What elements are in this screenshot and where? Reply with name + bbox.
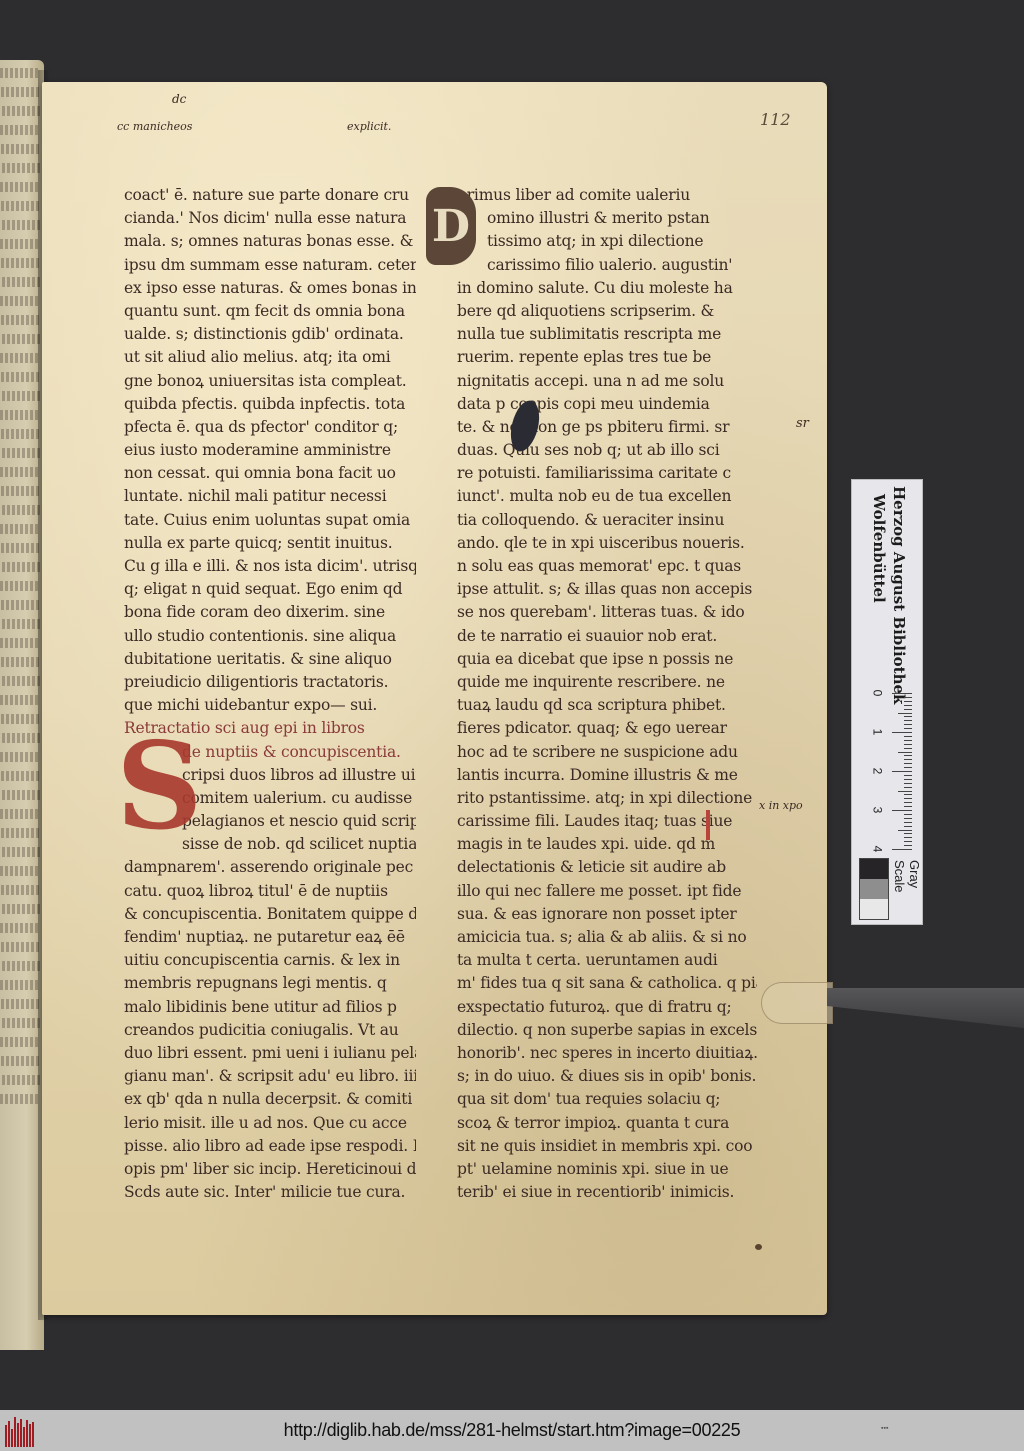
text-line: re potuisti. familiarissima caritate c bbox=[457, 462, 757, 485]
text-line: carissime fili. Laudes itaq; tuas siue bbox=[457, 810, 757, 833]
ruler-tick bbox=[904, 740, 912, 741]
text-line: fendim' nuptiaꝝ. ne putaretur eaꝝ ēē bbox=[124, 926, 416, 949]
text-line: lerio misit. ille u ad nos. Que cu acce bbox=[124, 1112, 416, 1135]
ghost-text-line bbox=[0, 1037, 40, 1047]
clamp-blade bbox=[827, 988, 1024, 1028]
text-line: s; in do uiuo. & diues sis in opib' boni… bbox=[457, 1065, 757, 1088]
ghost-text-line bbox=[1, 201, 40, 211]
gray-swatch bbox=[860, 859, 888, 879]
ghost-text-line bbox=[2, 106, 40, 116]
text-line: creandos pudicitia coniugalis. Vt au bbox=[124, 1019, 416, 1042]
text-line: duo libri essent. pmi ueni i iulianu pel… bbox=[124, 1042, 416, 1065]
ruler-number: 3 bbox=[870, 807, 884, 814]
text-line: se nos querebam'. litteras tuas. & ido bbox=[457, 601, 757, 624]
gray-scale-swatches bbox=[859, 858, 889, 920]
text-line: illo qui nec fallere me posset. ipt fide bbox=[457, 880, 757, 903]
ghost-text-line bbox=[0, 581, 40, 591]
text-line: magis in te laudes xpi. uide. qd m bbox=[457, 833, 757, 856]
text-line: coact' ē. nature sue parte donare cru bbox=[124, 184, 416, 207]
text-line: data p coepis copi meu uindemia bbox=[457, 393, 757, 416]
text-line: ruerim. repente eplas tres tue be bbox=[457, 346, 757, 369]
text-line: q; eligat n quid sequat. Ego enim qd bbox=[124, 578, 416, 601]
ghost-text-line bbox=[1, 543, 40, 553]
ghost-text-line bbox=[2, 505, 40, 515]
image-viewer[interactable]: dc cc manicheos explicit. 112 coact' ē. … bbox=[0, 0, 1024, 1410]
ruler-tick bbox=[904, 841, 912, 842]
ghost-text-line bbox=[2, 961, 40, 971]
text-line: bona fide coram deo dixerim. sine bbox=[124, 601, 416, 624]
viewer-footer: http://diglib.hab.de/mss/281-helmst/star… bbox=[0, 1410, 1024, 1451]
gray-swatch bbox=[860, 879, 888, 899]
text-line: amicicia tua. s; alia & ab aliis. & si n… bbox=[457, 926, 757, 949]
ruler-tick bbox=[904, 798, 912, 799]
ghost-text-line bbox=[1, 1056, 40, 1066]
folio-number: 112 bbox=[760, 110, 791, 129]
text-line: n solu eas quas memorat' epc. t quas bbox=[457, 555, 757, 578]
text-line: tuaꝝ laudu qd sca scriptura phibet. bbox=[457, 694, 757, 717]
text-line: ex ipso esse naturas. & omes bonas in bbox=[124, 277, 416, 300]
manuscript-leaf: dc cc manicheos explicit. 112 coact' ē. … bbox=[42, 82, 827, 1315]
ghost-text-line bbox=[0, 866, 40, 876]
ruler-tick bbox=[904, 837, 912, 838]
ruler-tick bbox=[904, 779, 912, 780]
text-line: duas. Quiu ses nob q; ut ab illo sci bbox=[457, 439, 757, 462]
right-text-column: primus liber ad comite ualeriuomino illu… bbox=[457, 184, 757, 1204]
ghost-text-line bbox=[0, 125, 40, 135]
text-line: pisse. alio libro ad eade ipse respodi. … bbox=[124, 1135, 416, 1158]
ruler-tick bbox=[904, 720, 912, 721]
text-line: carissimo filio ualerio. augustin' bbox=[457, 254, 757, 277]
ghost-text-line bbox=[1, 144, 40, 154]
ruler-tick bbox=[892, 771, 912, 772]
ruler-tick bbox=[892, 693, 912, 694]
text-line: ipsu dm summam esse naturam. ceteras bbox=[124, 254, 416, 277]
text-line: hoc ad te scribere ne suspicione adu bbox=[457, 741, 757, 764]
text-line: quantu sunt. qm fecit ds omnia bona bbox=[124, 300, 416, 323]
ruler-tick bbox=[904, 814, 912, 815]
cm-ruler: 01234 bbox=[890, 693, 912, 853]
text-line: te. & non lon ge ps pbiteru firmi. sr bbox=[457, 416, 757, 439]
ghost-text-line bbox=[2, 1075, 40, 1085]
initial-d-decorated: D bbox=[426, 187, 476, 265]
text-line: nignitatis accepi. una n ad me solu bbox=[457, 370, 757, 393]
text-line: ta multa t certa. ueruntamen audi bbox=[457, 949, 757, 972]
ruler-tick bbox=[898, 791, 912, 792]
text-line: gianu man'. & scripsit adu' eu libro. ii… bbox=[124, 1065, 416, 1088]
text-line: sit ne quis insidiet in membris xpi. coo bbox=[457, 1135, 757, 1158]
text-line: non cessat. qui omnia bona facit uo bbox=[124, 462, 416, 485]
text-line: m' fides tua q sit sana & catholica. q p… bbox=[457, 972, 757, 995]
ghost-text-line bbox=[0, 923, 40, 933]
text-line: nulla tue sublimitatis rescripta me bbox=[457, 323, 757, 346]
text-line: delectationis & leticie sit audire ab bbox=[457, 856, 757, 879]
text-line: catu. quoꝝ libroꝝ titul' ē de nuptiis bbox=[124, 880, 416, 903]
library-location: Wolfenbüttel bbox=[870, 494, 888, 603]
text-line: scoꝝ & terror impioꝝ. quanta t cura bbox=[457, 1112, 757, 1135]
initial-s-rubricated: S bbox=[116, 727, 203, 847]
clamp-tab bbox=[761, 982, 833, 1024]
text-line: mala. s; omnes naturas bonas esse. & bbox=[124, 230, 416, 253]
text-line: Scds aute sic. Inter' milicie tue cura. bbox=[124, 1181, 416, 1204]
text-line: tate. Cuius enim uoluntas supat omia bbox=[124, 509, 416, 532]
ghost-text-line bbox=[0, 695, 40, 705]
ruler-tick bbox=[904, 748, 912, 749]
running-head-center: explicit. bbox=[347, 120, 391, 133]
ruler-tick bbox=[904, 763, 912, 764]
running-head-mark: dc bbox=[172, 92, 186, 106]
text-line: ullo studio contentionis. sine aliqua bbox=[124, 625, 416, 648]
ruler-tick bbox=[892, 849, 912, 850]
running-head-left: cc manicheos bbox=[117, 120, 192, 133]
text-line: ando. qle te in xpi uisceribus noueris. bbox=[457, 532, 757, 555]
ghost-text-line bbox=[0, 182, 40, 192]
ghost-text-line bbox=[0, 68, 40, 78]
ghost-text-line bbox=[2, 790, 40, 800]
ruler-tick bbox=[904, 728, 912, 729]
ghost-text-line bbox=[1, 258, 40, 268]
library-name: Herzog August Bibliothek bbox=[890, 486, 908, 704]
ruler-tick bbox=[898, 752, 912, 753]
text-line: ex qb' qda n nulla decerpsit. & comiti u… bbox=[124, 1088, 416, 1111]
ruler-tick bbox=[904, 767, 912, 768]
ruler-tick bbox=[898, 713, 912, 714]
text-line: membris repugnans legi mentis. q bbox=[124, 972, 416, 995]
ghost-text-line bbox=[1, 942, 40, 952]
text-line: eius iusto moderamine amministre bbox=[124, 439, 416, 462]
text-line: que michi uidebantur expo— sui. bbox=[124, 694, 416, 717]
text-line: dubitatione ueritatis. & sine aliquo bbox=[124, 648, 416, 671]
text-line: omino illustri & merito pstan bbox=[457, 207, 757, 230]
marginal-mark: sr bbox=[796, 416, 809, 431]
left-text-column: coact' ē. nature sue parte donare crucia… bbox=[124, 184, 416, 1204]
ghost-text-line bbox=[2, 904, 40, 914]
ruler-tick bbox=[904, 787, 912, 788]
text-line: qua sit dom' tua requies solaciu q; bbox=[457, 1088, 757, 1111]
ghost-text-line bbox=[2, 1018, 40, 1028]
ruler-number: 2 bbox=[870, 768, 884, 775]
ruler-tick bbox=[904, 736, 912, 737]
gray-swatch bbox=[860, 899, 888, 919]
ghost-text-line bbox=[2, 562, 40, 572]
text-line: terib' ei siue in recentiorib' inimicis. bbox=[457, 1181, 757, 1204]
ruler-tick bbox=[904, 724, 912, 725]
ruler-tick bbox=[904, 818, 912, 819]
ink-stain bbox=[755, 1244, 762, 1250]
ghost-text-line bbox=[2, 391, 40, 401]
ghost-text-line bbox=[2, 220, 40, 230]
text-line: luntate. nichil mali patitur necessi bbox=[124, 485, 416, 508]
ghost-text-line bbox=[1, 714, 40, 724]
ghost-text-line bbox=[1, 771, 40, 781]
text-line: dilectio. q non superbe sapias in excels… bbox=[457, 1019, 757, 1042]
text-line: pt' uelamine nominis xpi. siue in ue bbox=[457, 1158, 757, 1181]
ruler-number: 0 bbox=[870, 690, 884, 697]
gray-scale-label: Gray Scale bbox=[892, 860, 922, 924]
text-line: honorib'. nec speres in incerto diuitiaꝝ… bbox=[457, 1042, 757, 1065]
ghost-text-line bbox=[2, 163, 40, 173]
ruler-tick bbox=[892, 732, 912, 733]
text-line: bere qd aliquotiens scripserim. & bbox=[457, 300, 757, 323]
text-line: primus liber ad comite ualeriu bbox=[457, 184, 757, 207]
ghost-text-line bbox=[2, 448, 40, 458]
ghost-text-line bbox=[1, 429, 40, 439]
text-line: rito pstantissime. atq; in xpi dilection… bbox=[457, 787, 757, 810]
text-line: tia colloquendo. & ueraciter insinu bbox=[457, 509, 757, 532]
text-line: preiudicio diligentioris tractatoris. bbox=[124, 671, 416, 694]
ghost-text-line bbox=[0, 239, 40, 249]
ruler-tick bbox=[904, 755, 912, 756]
text-line: tissimo atq; in xpi dilectione bbox=[457, 230, 757, 253]
text-line: quide me inquirente rescribere. ne bbox=[457, 671, 757, 694]
text-line: lantis incurra. Domine illustris & me bbox=[457, 764, 757, 787]
ghost-text-line bbox=[0, 353, 40, 363]
ruler-number: 4 bbox=[870, 846, 884, 853]
text-line: nulla ex parte quicq; sentit inuitus. bbox=[124, 532, 416, 555]
text-line: Cu g illa e illi. & nos ista dicim'. utr… bbox=[124, 555, 416, 578]
ghost-text-line bbox=[1, 315, 40, 325]
ruler-tick bbox=[904, 701, 912, 702]
ruler-tick bbox=[904, 759, 912, 760]
ghost-text-line bbox=[1, 486, 40, 496]
text-line: quibda pfectis. quibda inpfectis. tota bbox=[124, 393, 416, 416]
ghost-text-line bbox=[2, 277, 40, 287]
ghost-text-line bbox=[0, 410, 40, 420]
ruler-number: 1 bbox=[870, 729, 884, 736]
ghost-text-line bbox=[1, 828, 40, 838]
ghost-text-line bbox=[1, 657, 40, 667]
ghost-text-line bbox=[0, 752, 40, 762]
red-insertion-mark bbox=[706, 810, 710, 840]
text-line: ualde. s; distinctionis gdib' ordinata. bbox=[124, 323, 416, 346]
ghost-text-line bbox=[0, 296, 40, 306]
ghost-text-line bbox=[1, 372, 40, 382]
ghost-text-line bbox=[0, 467, 40, 477]
ghost-text-line bbox=[0, 638, 40, 648]
text-line: opis pm' liber sic incip. Hereticinoui d… bbox=[124, 1158, 416, 1181]
permalink-url[interactable]: http://diglib.hab.de/mss/281-helmst/star… bbox=[0, 1420, 1024, 1441]
ruler-tick bbox=[904, 697, 912, 698]
ghost-text-line bbox=[2, 334, 40, 344]
ruler-tick bbox=[904, 709, 912, 710]
text-line: & concupiscentia. Bonitatem quippe de bbox=[124, 903, 416, 926]
text-line: exspectatio futuroꝝ. que di fratru q; bbox=[457, 996, 757, 1019]
ghost-text-line bbox=[2, 619, 40, 629]
page-indicator: ▪▪▪ bbox=[881, 1425, 888, 1432]
ruler-tick bbox=[904, 826, 912, 827]
text-line: ipse attulit. s; & illas quas non accepi… bbox=[457, 578, 757, 601]
text-line: ut sit aliud alio melius. atq; ita omi bbox=[124, 346, 416, 369]
text-line: malo libidinis bene utitur ad filios p bbox=[124, 996, 416, 1019]
ghost-text-line bbox=[2, 733, 40, 743]
text-line: de te narratio ei suauior nob erat. bbox=[457, 625, 757, 648]
ruler-tick bbox=[904, 744, 912, 745]
ruler-tick bbox=[904, 833, 912, 834]
ghost-text-line bbox=[0, 524, 40, 534]
ghost-text-line bbox=[2, 676, 40, 686]
ruler-tick bbox=[904, 845, 912, 846]
text-line: dampnarem'. asserendo originale pec bbox=[124, 856, 416, 879]
color-calibration-bar: Herzog August Bibliothek Wolfenbüttel 01… bbox=[851, 479, 923, 925]
text-line: in domino salute. Cu diu moleste ha bbox=[457, 277, 757, 300]
ghost-text-line bbox=[0, 1094, 40, 1104]
text-line: fieres pdicator. quaq; & ego uerear bbox=[457, 717, 757, 740]
ruler-tick bbox=[892, 810, 912, 811]
ghost-text-line bbox=[2, 847, 40, 857]
text-line: gne bonoꝝ uniuersitas ista compleat. bbox=[124, 370, 416, 393]
ghost-text-line bbox=[0, 809, 40, 819]
ghost-text-line bbox=[1, 885, 40, 895]
ruler-tick bbox=[898, 830, 912, 831]
ruler-tick bbox=[904, 806, 912, 807]
ruler-tick bbox=[904, 775, 912, 776]
text-line: cianda.' Nos dicim' nulla esse natura bbox=[124, 207, 416, 230]
marginal-insertion: x in xpo bbox=[759, 799, 803, 812]
text-line: sua. & eas ignorare non posset ipter bbox=[457, 903, 757, 926]
text-line: uitiu concupiscentia carnis. & lex in bbox=[124, 949, 416, 972]
ruler-tick bbox=[904, 716, 912, 717]
ruler-tick bbox=[904, 783, 912, 784]
ghost-text-line bbox=[0, 980, 40, 990]
ghost-text-line bbox=[1, 600, 40, 610]
text-line: quia ea dicebat que ipse n possis ne bbox=[457, 648, 757, 671]
ruler-tick bbox=[904, 794, 912, 795]
ruler-tick bbox=[904, 705, 912, 706]
page-clamp bbox=[761, 982, 1024, 1032]
text-line: iunct'. multa nob eu de tua excellen bbox=[457, 485, 757, 508]
ghost-text-line bbox=[1, 999, 40, 1009]
text-line: pfecta ē. qua ds pfector' conditor q; bbox=[124, 416, 416, 439]
ruler-tick bbox=[904, 822, 912, 823]
ruler-tick bbox=[904, 802, 912, 803]
ghost-text-line bbox=[1, 87, 40, 97]
